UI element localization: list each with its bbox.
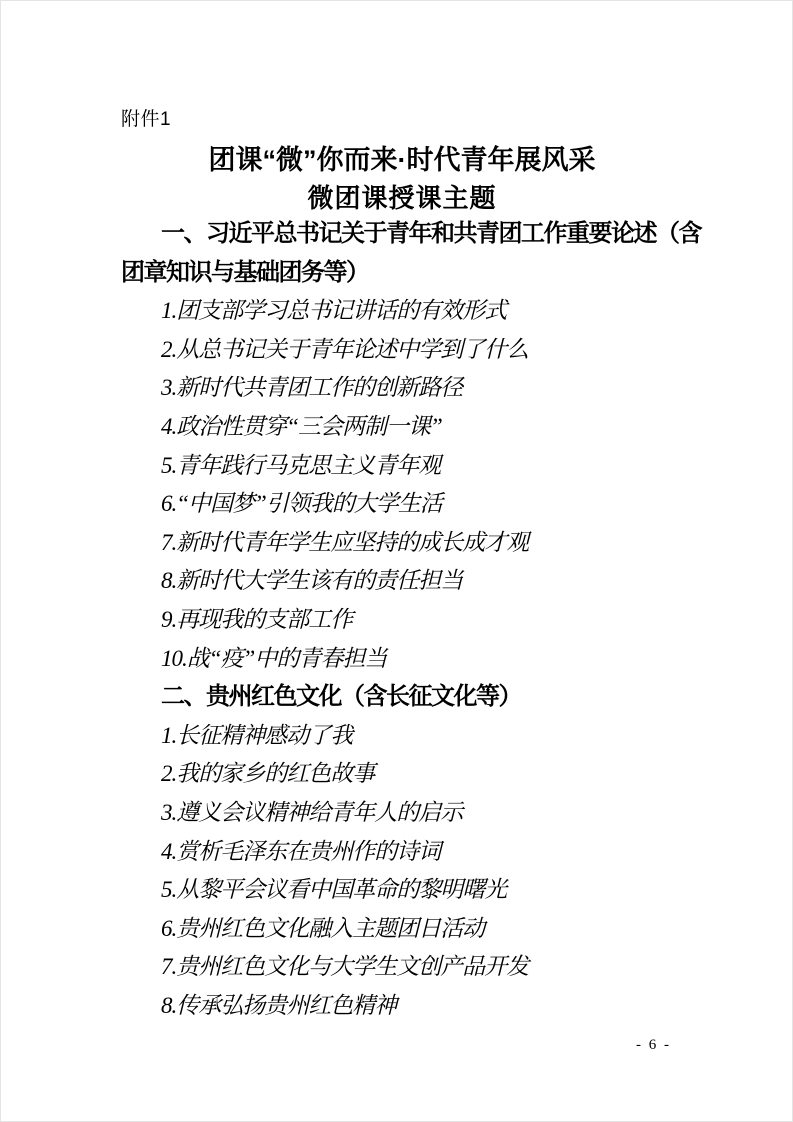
section-1-item-9: 9.再现我的支部工作: [121, 601, 687, 640]
section-2-item-4: 4.赏析毛泽东在贵州作的诗词: [121, 833, 687, 872]
document-subtitle: 微团课授课主题: [116, 178, 688, 215]
section-1-item-5: 5.青年践行马克思主义青年观: [121, 447, 687, 486]
section-2-item-8: 8.传承弘扬贵州红色精神: [121, 987, 687, 1026]
section-1-heading-line-1: 一、习近平总书记关于青年和共青团工作重要论述（含: [121, 215, 687, 254]
section-2-heading: 二、贵州红色文化（含长征文化等）: [121, 678, 687, 717]
section-1-heading-line-2: 团章知识与基础团务等）: [121, 254, 687, 293]
document-page: 附件1 团课“微”你而来·时代青年展风采 微团课授课主题 一、习近平总书记关于青…: [0, 0, 793, 1122]
section-2-item-1: 1.长征精神感动了我: [121, 717, 687, 756]
section-2-item-2: 2.我的家乡的红色故事: [121, 755, 687, 794]
section-2-item-7: 7.贵州红色文化与大学生文创产品开发: [121, 948, 687, 987]
document-body: 一、习近平总书记关于青年和共青团工作重要论述（含 团章知识与基础团务等） 1.团…: [121, 215, 687, 1025]
section-1-item-3: 3.新时代共青团工作的创新路径: [121, 369, 687, 408]
section-2-item-5: 5.从黎平会议看中国革命的黎明曙光: [121, 871, 687, 910]
section-1-item-7: 7.新时代青年学生应坚持的成长成才观: [121, 524, 687, 563]
section-1-item-2: 2.从总书记关于青年论述中学到了什么: [121, 331, 687, 370]
section-1-item-6: 6.“中国梦”引领我的大学生活: [121, 485, 687, 524]
section-2-item-3: 3.遵义会议精神给青年人的启示: [121, 794, 687, 833]
attachment-label: 附件1: [121, 104, 171, 131]
page-number: - 6 -: [636, 1037, 671, 1054]
document-title: 团课“微”你而来·时代青年展风采: [116, 138, 688, 177]
section-1-item-1: 1.团支部学习总书记讲话的有效形式: [121, 292, 687, 331]
section-2-item-6: 6.贵州红色文化融入主题团日活动: [121, 910, 687, 949]
section-1-item-8: 8.新时代大学生该有的责任担当: [121, 562, 687, 601]
section-1-item-4: 4.政治性贯穿“三会两制一课”: [121, 408, 687, 447]
section-1-item-10: 10.战“疫”中的青春担当: [121, 640, 687, 679]
